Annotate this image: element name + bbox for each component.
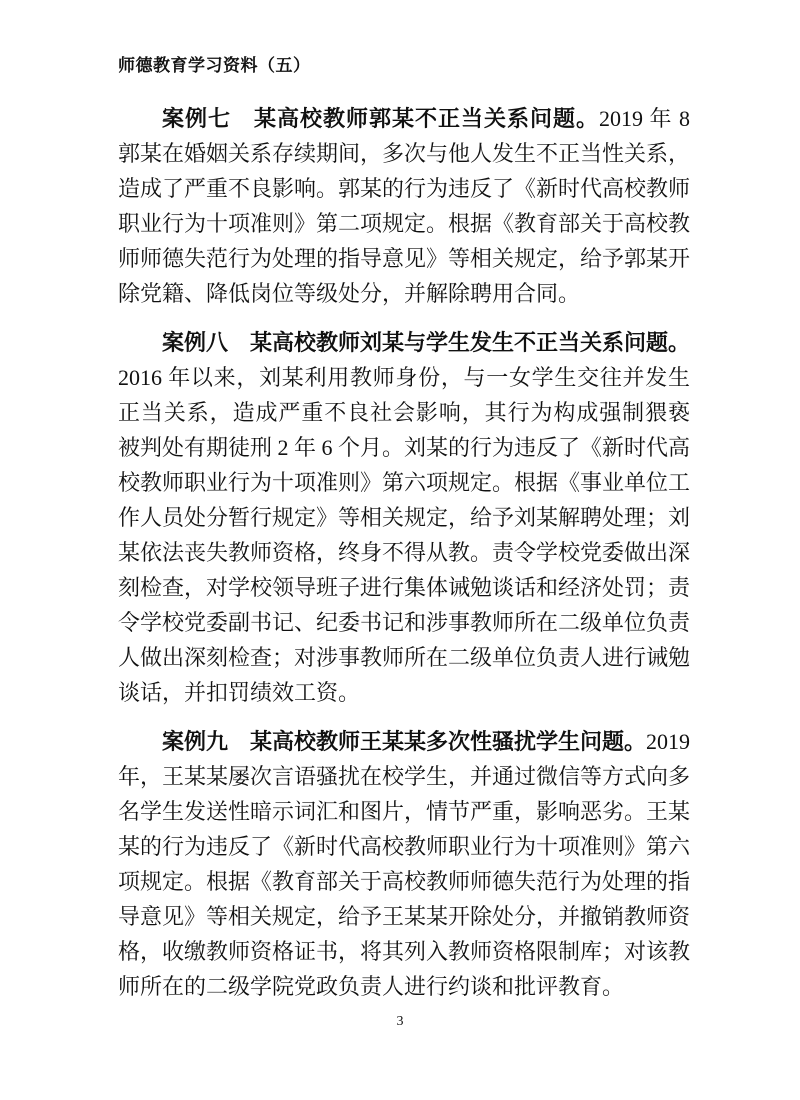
text-line: 某依法丧失教师资格，终身不得从教。责令学校党委做出深 [118, 535, 690, 570]
text-line: 正当关系，造成严重不良社会影响，其行为构成强制猥亵罪， [118, 395, 690, 430]
text-line: 造成了严重不良影响。郭某的行为违反了《新时代高校教师 [118, 171, 690, 206]
text-line: 刻检查，对学校领导班子进行集体诫勉谈话和经济处罚；责 [118, 570, 690, 605]
text-line: 项规定。根据《教育部关于高校教师师德失范行为处理的指 [118, 864, 690, 899]
body-text: 某的行为违反了《新时代高校教师职业行为十项准则》第六 [118, 834, 690, 859]
text-line: 名学生发送性暗示词汇和图片，情节严重，影响恶劣。王某 [118, 794, 690, 829]
text-line: 除党籍、降低岗位等级处分，并解除聘用合同。 [118, 276, 690, 311]
paragraph: 案例八 某高校教师刘某与学生发生不正当关系问题。2016 年以来，刘某利用教师身… [118, 325, 690, 710]
body-text: 被判处有期徒刑 2 年 6 个月。刘某的行为违反了《新时代高 [118, 435, 690, 460]
body-text: 2019 [646, 729, 690, 754]
body-text: 郭某在婚姻关系存续期间，多次与他人发生不正当性关系， [118, 141, 690, 166]
body-text: 作人员处分暂行规定》等相关规定，给予刘某解聘处理；刘 [118, 505, 690, 530]
text-line: 案例九 某高校教师王某某多次性骚扰学生问题。2019 [118, 724, 690, 759]
text-line: 作人员处分暂行规定》等相关规定，给予刘某解聘处理；刘 [118, 500, 690, 535]
case-heading-text: 案例九 某高校教师王某某多次性骚扰学生问题。 [162, 729, 646, 754]
text-line: 案例七 某高校教师郭某不正当关系问题。2019 年 8 月， [118, 101, 690, 136]
document-header-title: 师德教育学习资料（五） [118, 51, 311, 76]
body-text: 除党籍、降低岗位等级处分，并解除聘用合同。 [118, 281, 580, 306]
text-line: 某的行为违反了《新时代高校教师职业行为十项准则》第六 [118, 829, 690, 864]
body-text: 造成了严重不良影响。郭某的行为违反了《新时代高校教师 [118, 176, 690, 201]
text-line: 师所在的二级学院党政负责人进行约谈和批评教育。 [118, 969, 690, 1004]
text-line: 人做出深刻检查；对涉事教师所在二级单位负责人进行诫勉 [118, 640, 690, 675]
paragraph: 案例九 某高校教师王某某多次性骚扰学生问题。2019年，王某某屡次言语骚扰在校学… [118, 724, 690, 1004]
body-text: 校教师职业行为十项准则》第六项规定。根据《事业单位工 [118, 470, 690, 495]
body-text: 职业行为十项准则》第二项规定。根据《教育部关于高校教 [118, 211, 690, 236]
body-text: 导意见》等相关规定，给予王某某开除处分，并撤销教师资 [118, 904, 690, 929]
text-line: 郭某在婚姻关系存续期间，多次与他人发生不正当性关系， [118, 136, 690, 171]
text-line: 2016 年以来，刘某利用教师身份，与一女学生交往并发生不 [118, 360, 690, 395]
text-line: 格，收缴教师资格证书，将其列入教师资格限制库；对该教 [118, 934, 690, 969]
document-body: 案例七 某高校教师郭某不正当关系问题。2019 年 8 月，郭某在婚姻关系存续期… [118, 101, 690, 1018]
page-number: 3 [0, 1011, 800, 1033]
body-text: 谈话，并扣罚绩效工资。 [118, 680, 360, 705]
body-text: 人做出深刻检查；对涉事教师所在二级单位负责人进行诫勉 [118, 645, 690, 670]
body-text: 项规定。根据《教育部关于高校教师师德失范行为处理的指 [118, 869, 690, 894]
body-text: 2016 年以来，刘某利用教师身份，与一女学生交往并发生不 [118, 365, 690, 395]
body-text: 格，收缴教师资格证书，将其列入教师资格限制库；对该教 [118, 939, 690, 964]
body-text: 师师德失范行为处理的指导意见》等相关规定，给予郭某开 [118, 246, 690, 271]
text-line: 令学校党委副书记、纪委书记和涉事教师所在二级单位负责 [118, 605, 690, 640]
body-text: 名学生发送性暗示词汇和图片，情节严重，影响恶劣。王某 [118, 799, 690, 824]
case-heading-text: 案例八 某高校教师刘某与学生发生不正当关系问题。 [162, 330, 690, 355]
text-line: 校教师职业行为十项准则》第六项规定。根据《事业单位工 [118, 465, 690, 500]
case-heading-text: 案例七 某高校教师郭某不正当关系问题。 [162, 106, 599, 131]
body-text: 某依法丧失教师资格，终身不得从教。责令学校党委做出深 [118, 540, 690, 565]
text-line: 职业行为十项准则》第二项规定。根据《教育部关于高校教 [118, 206, 690, 241]
text-line: 谈话，并扣罚绩效工资。 [118, 675, 690, 710]
body-text: 刻检查，对学校领导班子进行集体诫勉谈话和经济处罚；责 [118, 575, 690, 600]
document-page: 师德教育学习资料（五） 案例七 某高校教师郭某不正当关系问题。2019 年 8 … [0, 0, 800, 1100]
body-text: 师所在的二级学院党政负责人进行约谈和批评教育。 [118, 974, 624, 999]
body-text: 年，王某某屡次言语骚扰在校学生，并通过微信等方式向多 [118, 764, 690, 789]
paragraph: 案例七 某高校教师郭某不正当关系问题。2019 年 8 月，郭某在婚姻关系存续期… [118, 101, 690, 311]
text-line: 被判处有期徒刑 2 年 6 个月。刘某的行为违反了《新时代高 [118, 430, 690, 465]
text-line: 师师德失范行为处理的指导意见》等相关规定，给予郭某开 [118, 241, 690, 276]
text-line: 导意见》等相关规定，给予王某某开除处分，并撤销教师资 [118, 899, 690, 934]
text-line: 案例八 某高校教师刘某与学生发生不正当关系问题。 [118, 325, 690, 360]
body-text: 令学校党委副书记、纪委书记和涉事教师所在二级单位负责 [118, 610, 690, 635]
text-line: 年，王某某屡次言语骚扰在校学生，并通过微信等方式向多 [118, 759, 690, 794]
body-text: 正当关系，造成严重不良社会影响，其行为构成强制猥亵罪， [118, 400, 690, 430]
